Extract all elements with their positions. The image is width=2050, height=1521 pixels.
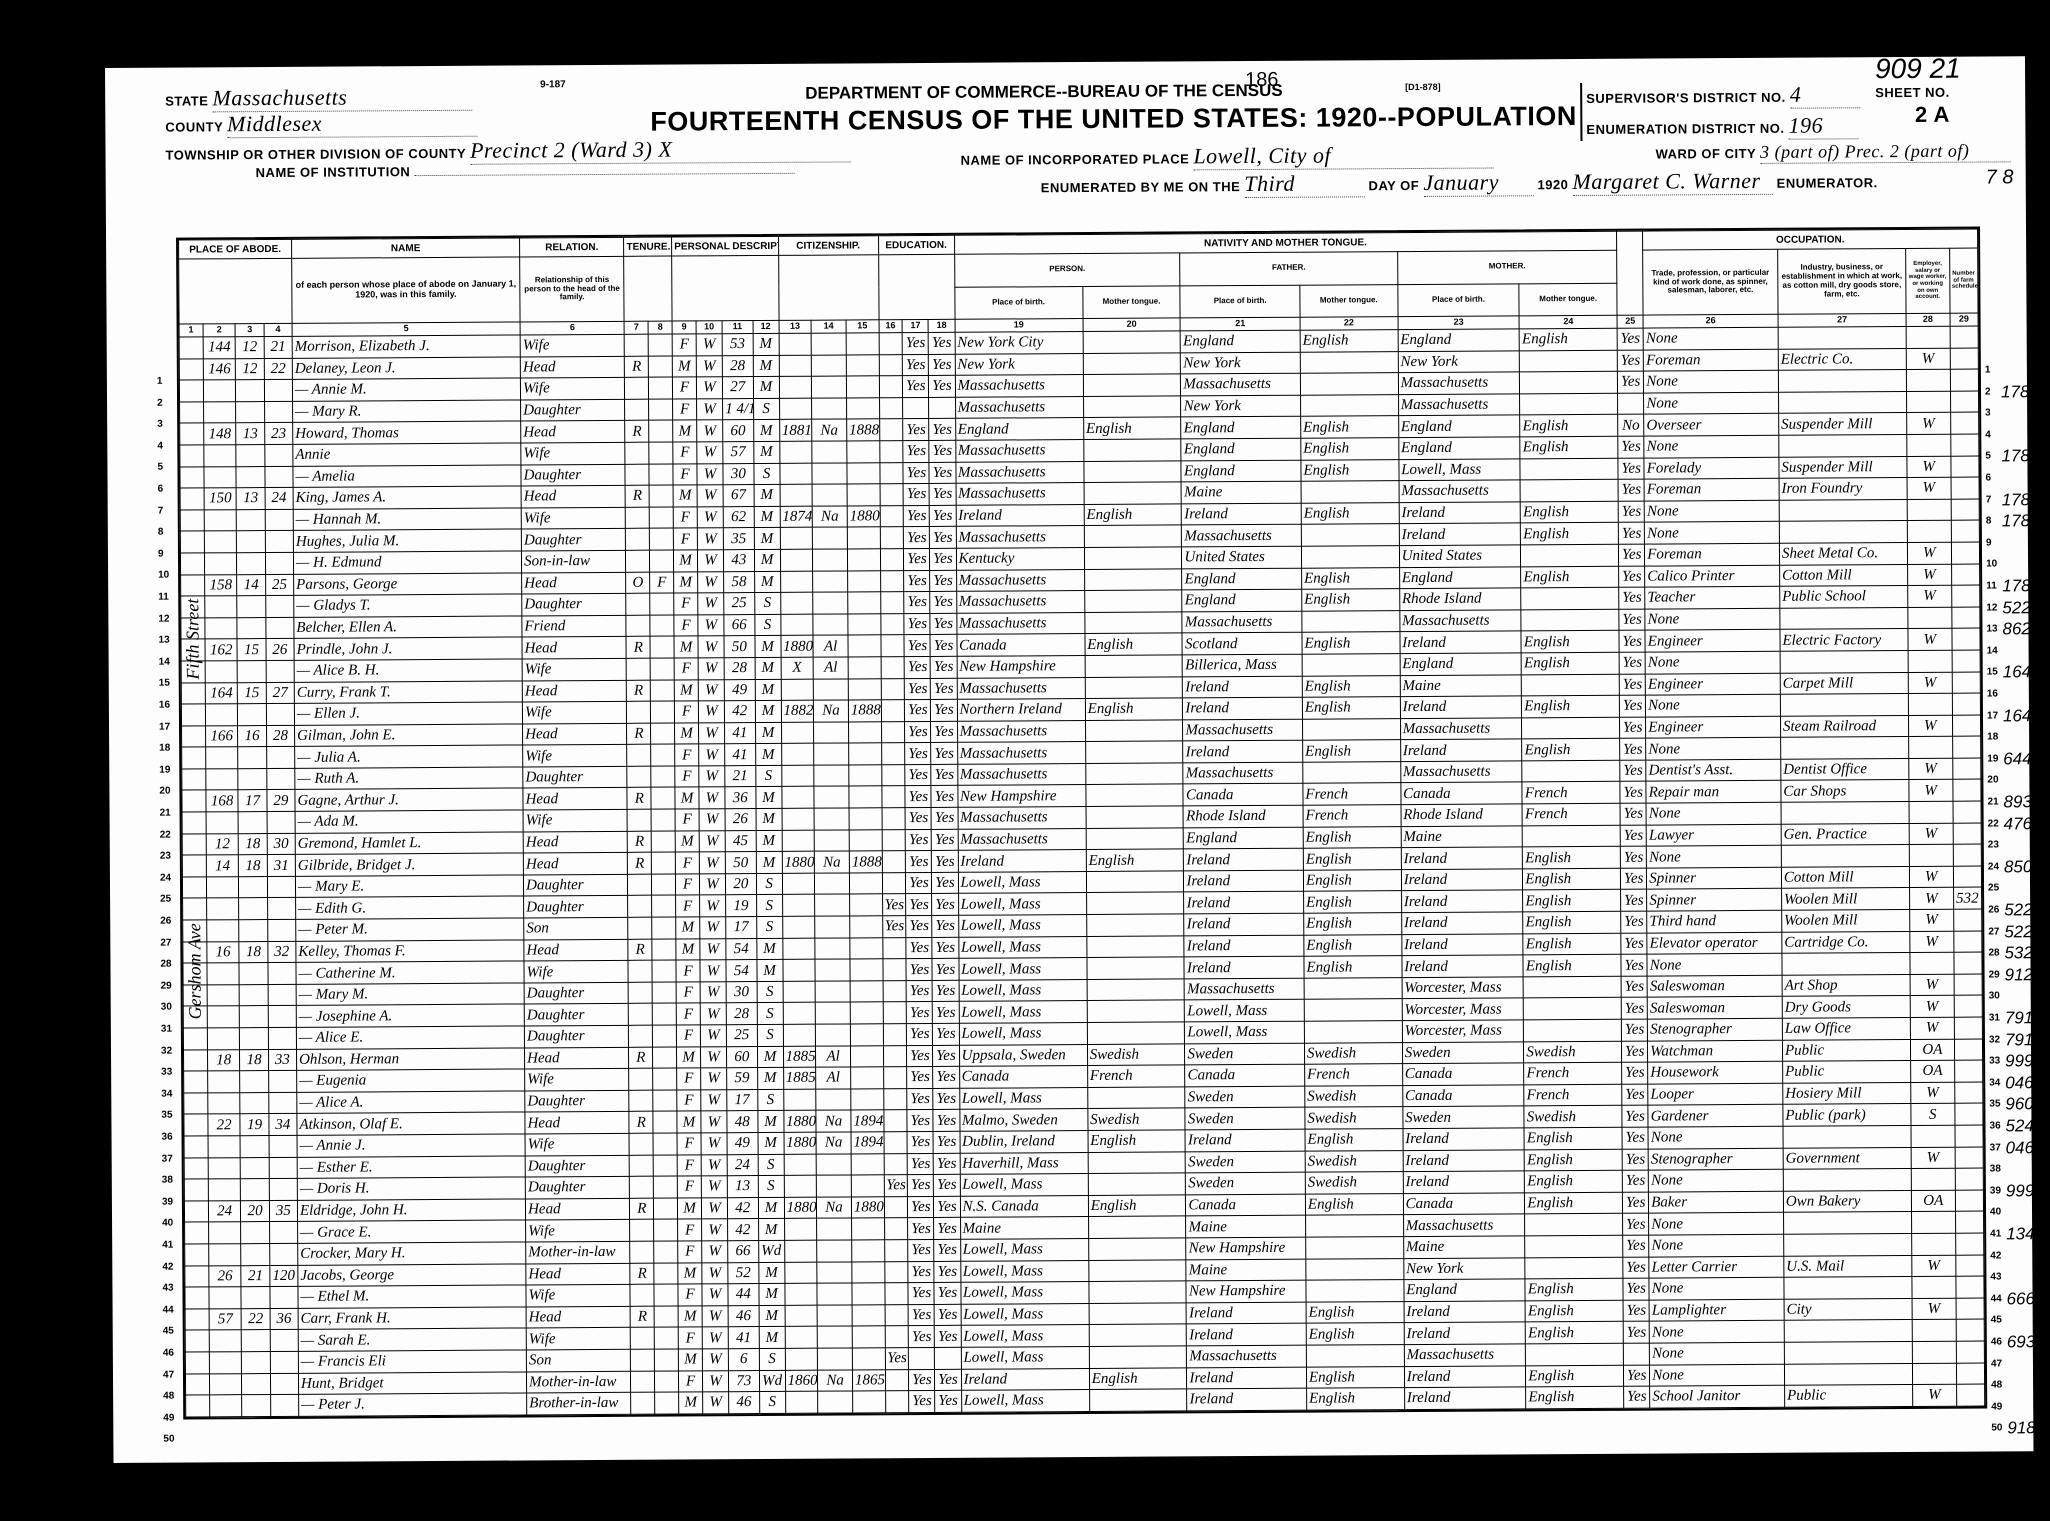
cell-sex: F bbox=[675, 809, 699, 831]
cell-dwelling: 20 bbox=[241, 1200, 269, 1222]
cell-mort bbox=[653, 1025, 677, 1047]
cell-mpob: Ireland bbox=[1402, 933, 1524, 955]
cell-sex: F bbox=[673, 442, 697, 464]
cell-mort bbox=[652, 895, 676, 917]
cell-write: Yes bbox=[929, 354, 955, 376]
cell-dwelling bbox=[238, 768, 266, 790]
cell-mort bbox=[655, 1392, 679, 1414]
cell-race: W bbox=[696, 355, 722, 377]
cell-name: — Alice B. H. bbox=[294, 659, 522, 682]
cell-relation: Head bbox=[525, 1112, 629, 1134]
cell-fpob: Massachusetts bbox=[1182, 611, 1302, 633]
cell-ftongue: English bbox=[1301, 502, 1399, 524]
cell-industry: Public School bbox=[1780, 586, 1908, 608]
column-number: 11 bbox=[722, 321, 752, 334]
cell-natyr bbox=[849, 808, 882, 830]
cell-nat bbox=[813, 678, 848, 700]
cell-tenure bbox=[628, 896, 652, 918]
cell-age: 44 bbox=[728, 1284, 759, 1306]
cell-tenure bbox=[628, 874, 652, 896]
cell-dwelling: 18 bbox=[239, 833, 267, 855]
left-line-number: 17 bbox=[159, 721, 170, 732]
cell-write: Yes bbox=[933, 1023, 959, 1045]
cell-immig bbox=[781, 679, 814, 701]
cell-marital: S bbox=[754, 593, 780, 615]
cell-farm bbox=[1951, 499, 1980, 521]
cell-family bbox=[269, 1222, 297, 1244]
cell-house bbox=[208, 1136, 241, 1158]
cell-house bbox=[204, 445, 237, 467]
cell-fpob: Ireland bbox=[1182, 503, 1302, 525]
cell-write: Yes bbox=[933, 980, 959, 1002]
cell-sex: F bbox=[673, 507, 697, 529]
cell-fpob: Canada bbox=[1185, 1064, 1305, 1086]
cell-dwelling: 13 bbox=[236, 423, 264, 445]
cell-sex: M bbox=[678, 1198, 702, 1220]
cell-relation: Wife bbox=[523, 745, 627, 767]
cell-tenure bbox=[629, 1068, 653, 1090]
enumerated-day: Third bbox=[1244, 170, 1364, 198]
cell-trade: Watchman bbox=[1648, 1040, 1783, 1062]
cell-mtongue: English bbox=[1520, 436, 1618, 458]
cell-pob: Massachusetts bbox=[956, 483, 1084, 505]
cell-school bbox=[880, 613, 904, 635]
cell-pob: Lowell, Mass bbox=[961, 1390, 1089, 1412]
cell-mtongue bbox=[1526, 1343, 1624, 1365]
left-line-number: 34 bbox=[161, 1088, 172, 1099]
cell-mtongue: English bbox=[1526, 1386, 1624, 1408]
cell-mtongue bbox=[1525, 1214, 1623, 1236]
cell-family bbox=[270, 1373, 298, 1395]
cell-immig bbox=[780, 614, 813, 636]
cell-relation: Wife bbox=[521, 442, 625, 464]
cell-trade: Saleswoman bbox=[1647, 997, 1782, 1019]
cell-name: — Francis Eli bbox=[298, 1350, 526, 1373]
cell-relation: Daughter bbox=[525, 1155, 629, 1177]
cell-tongue bbox=[1084, 568, 1182, 590]
cell-mtongue: English bbox=[1524, 1149, 1622, 1171]
cell-relation: Daughter bbox=[521, 464, 625, 486]
cell-industry bbox=[1778, 370, 1906, 392]
column-number: 28 bbox=[1906, 313, 1950, 326]
line-number: 38 bbox=[1990, 1164, 2001, 1175]
cell-industry: Cartridge Co. bbox=[1782, 931, 1910, 953]
cell-street bbox=[183, 1049, 207, 1071]
cell-immig bbox=[780, 484, 813, 506]
cell-mpob: United States bbox=[1399, 545, 1521, 567]
cell-read: Yes bbox=[907, 1045, 933, 1067]
column-number: 25 bbox=[1617, 315, 1643, 328]
cell-street bbox=[185, 1330, 209, 1352]
cell-class: W bbox=[1910, 931, 1954, 953]
cell-ftongue: English bbox=[1304, 934, 1402, 956]
cell-marital: S bbox=[757, 1003, 783, 1025]
column-number: 9 bbox=[672, 321, 696, 334]
cell-pob: Massachusetts bbox=[957, 763, 1085, 785]
cell-mpob: Ireland bbox=[1401, 847, 1523, 869]
cell-english: Yes bbox=[1620, 846, 1646, 868]
cell-industry: Public (park) bbox=[1783, 1104, 1911, 1126]
cell-industry bbox=[1779, 521, 1907, 543]
cell-trade: None bbox=[1650, 1364, 1785, 1386]
cell-street bbox=[182, 877, 206, 899]
cell-tongue bbox=[1084, 525, 1182, 547]
line-number: 17 bbox=[1987, 710, 1998, 721]
cell-house: 18 bbox=[207, 1049, 240, 1071]
cell-english: Yes bbox=[1624, 1365, 1650, 1387]
left-line-number: 43 bbox=[162, 1283, 173, 1294]
cell-mpob: Sweden bbox=[1403, 1106, 1525, 1128]
cell-class bbox=[1907, 434, 1951, 456]
cell-tongue bbox=[1088, 1238, 1186, 1260]
cell-class: W bbox=[1911, 1147, 1955, 1169]
cell-street bbox=[180, 423, 204, 445]
cell-class bbox=[1907, 391, 1951, 413]
cell-tongue bbox=[1089, 1346, 1187, 1368]
cell-name: — Sarah E. bbox=[298, 1328, 526, 1351]
cell-mort bbox=[650, 550, 674, 572]
cell-write: Yes bbox=[935, 1304, 961, 1326]
cell-race: W bbox=[698, 571, 724, 593]
cell-farm bbox=[1954, 974, 1983, 996]
county-label: COUNTY bbox=[165, 119, 223, 134]
cell-mtongue bbox=[1522, 825, 1620, 847]
cell-farm bbox=[1950, 456, 1979, 478]
column-number: 2 bbox=[203, 324, 236, 337]
cell-name: — Alice A. bbox=[297, 1091, 525, 1114]
cell-natyr bbox=[852, 1348, 885, 1370]
cell-read: Yes bbox=[908, 1196, 934, 1218]
cell-school bbox=[884, 1196, 908, 1218]
cell-marital: S bbox=[756, 895, 782, 917]
cell-fpob: England bbox=[1181, 330, 1301, 352]
left-line-number: 2 bbox=[157, 397, 163, 408]
cell-tenure: R bbox=[627, 723, 651, 745]
cell-pob: Dublin, Ireland bbox=[960, 1130, 1088, 1152]
cell-immig bbox=[783, 1089, 816, 1111]
cell-english: Yes bbox=[1622, 1041, 1648, 1063]
cell-dwelling bbox=[241, 1287, 269, 1309]
cell-school bbox=[881, 786, 905, 808]
cell-farm bbox=[1954, 1060, 1983, 1082]
cell-trade: Spinner bbox=[1647, 889, 1782, 911]
column-number: 27 bbox=[1778, 314, 1906, 328]
cell-family bbox=[267, 811, 295, 833]
cell-race: W bbox=[700, 895, 726, 917]
cell-mtongue: English bbox=[1523, 911, 1621, 933]
column-number: 24 bbox=[1519, 315, 1617, 329]
left-line-number: 19 bbox=[159, 764, 170, 775]
cell-write: Yes bbox=[935, 1326, 961, 1348]
cell-school bbox=[883, 1002, 907, 1024]
cell-mpob: England bbox=[1399, 566, 1521, 588]
department-heading: DEPARTMENT OF COMMERCE--BUREAU OF THE CE… bbox=[805, 81, 1283, 104]
cell-family: 35 bbox=[269, 1200, 297, 1222]
cell-house bbox=[204, 553, 237, 575]
cell-mpob: Ireland bbox=[1403, 1149, 1525, 1171]
cell-race: W bbox=[699, 874, 725, 896]
cell-nat: Na bbox=[816, 1132, 851, 1154]
cell-race: W bbox=[700, 917, 726, 939]
cell-age: 19 bbox=[726, 895, 757, 917]
cell-trade: None bbox=[1646, 738, 1781, 760]
cell-write: Yes bbox=[932, 829, 958, 851]
cell-fpob: England bbox=[1184, 827, 1304, 849]
cell-race: W bbox=[698, 658, 724, 680]
cell-age: 30 bbox=[726, 981, 757, 1003]
cell-mpob: Ireland bbox=[1399, 523, 1521, 545]
cell-natyr bbox=[848, 635, 881, 657]
cell-dwelling bbox=[237, 509, 265, 531]
cell-farm bbox=[1955, 1147, 1984, 1169]
cell-fpob: Ireland bbox=[1185, 1129, 1305, 1151]
cell-english: Yes bbox=[1623, 1192, 1649, 1214]
cell-write: Yes bbox=[931, 699, 957, 721]
cell-tongue: French bbox=[1087, 1065, 1185, 1087]
line-number: 28 bbox=[1988, 948, 1999, 959]
cell-mort bbox=[650, 528, 674, 550]
cell-name: — Alice E. bbox=[296, 1026, 524, 1049]
column-number: 29 bbox=[1950, 313, 1979, 326]
cell-sex: M bbox=[674, 571, 698, 593]
cell-nat bbox=[817, 1283, 852, 1305]
cell-house: 16 bbox=[207, 941, 240, 963]
cell-industry bbox=[1778, 391, 1906, 413]
cell-fpob: Massachusetts bbox=[1183, 762, 1303, 784]
cell-english: Yes bbox=[1621, 998, 1647, 1020]
cell-name: — Josephine A. bbox=[296, 1004, 524, 1027]
cell-write: Yes bbox=[934, 1196, 960, 1218]
cell-family bbox=[266, 660, 294, 682]
cell-dwelling bbox=[236, 380, 264, 402]
cell-family bbox=[270, 1330, 298, 1352]
left-line-number: 14 bbox=[159, 656, 170, 667]
cell-read: Yes bbox=[905, 764, 931, 786]
cell-trade: None bbox=[1646, 694, 1781, 716]
cell-mpob: Massachusetts bbox=[1403, 1214, 1525, 1236]
cell-industry: Car Shops bbox=[1781, 780, 1909, 802]
cell-marital: M bbox=[753, 355, 779, 377]
cell-school: Yes bbox=[882, 916, 906, 938]
column-number: 7 bbox=[624, 321, 648, 334]
cell-nat bbox=[818, 1391, 853, 1413]
cell-nat bbox=[817, 1326, 852, 1348]
cell-trade: Dentist's Asst. bbox=[1646, 759, 1781, 781]
cell-mpob: Ireland bbox=[1402, 955, 1524, 977]
state-label: STATE bbox=[165, 93, 208, 108]
cell-dwelling: 12 bbox=[236, 337, 264, 359]
enumerated-month: January bbox=[1423, 169, 1533, 197]
enumeration-district-value: 196 bbox=[1789, 112, 1859, 139]
cell-name: — Catherine M. bbox=[296, 961, 524, 984]
cell-farm bbox=[1955, 1190, 1984, 1212]
cell-industry bbox=[1779, 499, 1907, 521]
line-number: 31 bbox=[1989, 1012, 2000, 1023]
cell-race: W bbox=[700, 982, 726, 1004]
cell-ftongue: English bbox=[1303, 740, 1401, 762]
cell-age: 28 bbox=[722, 355, 753, 377]
cell-relation: Head bbox=[522, 572, 626, 594]
cell-mtongue: English bbox=[1524, 1127, 1622, 1149]
cell-farm bbox=[1953, 801, 1982, 823]
cell-trade: None bbox=[1649, 1321, 1784, 1343]
cell-tenure: R bbox=[630, 1263, 654, 1285]
cell-fpob: Canada bbox=[1186, 1194, 1306, 1216]
cell-ftongue bbox=[1304, 999, 1402, 1021]
cell-pob: Lowell, Mass bbox=[958, 958, 1086, 980]
cell-family: 21 bbox=[264, 336, 292, 358]
cell-relation: Wife bbox=[520, 334, 624, 356]
cell-marital: M bbox=[758, 1262, 784, 1284]
cell-family: 26 bbox=[266, 639, 294, 661]
cell-street bbox=[184, 1201, 208, 1223]
cell-industry bbox=[1784, 1341, 1912, 1363]
cell-relation: Head bbox=[525, 1047, 629, 1069]
cell-industry bbox=[1778, 327, 1906, 349]
cell-fpob: Ireland bbox=[1184, 913, 1304, 935]
cell-farm bbox=[1956, 1298, 1985, 1320]
cell-house bbox=[206, 747, 239, 769]
cell-class bbox=[1912, 1320, 1956, 1342]
cell-fpob: Ireland bbox=[1183, 697, 1303, 719]
cell-tongue bbox=[1084, 482, 1182, 504]
cell-english: Yes bbox=[1622, 1062, 1648, 1084]
cell-pob: Canada bbox=[957, 634, 1085, 656]
cell-mpob: Ireland bbox=[1401, 912, 1523, 934]
column-number: 6 bbox=[520, 321, 624, 335]
cell-class bbox=[1908, 693, 1952, 715]
cell-age: 49 bbox=[727, 1133, 758, 1155]
line-number: 33 bbox=[1989, 1056, 2000, 1067]
census-rows: 1441221Morrison, Elizabeth J.WifeFW53MYe… bbox=[179, 326, 1985, 1417]
cell-nat: Na bbox=[812, 506, 847, 528]
cell-sex: F bbox=[679, 1370, 703, 1392]
cell-age: 48 bbox=[727, 1111, 758, 1133]
cell-farm bbox=[1950, 369, 1979, 391]
cell-trade: School Janitor bbox=[1650, 1385, 1785, 1407]
cell-sex: F bbox=[673, 377, 697, 399]
cell-age: 17 bbox=[726, 917, 757, 939]
line-number: 16 bbox=[1987, 688, 1998, 699]
cell-natyr bbox=[848, 613, 881, 635]
cell-mpob: Massachusetts bbox=[1400, 761, 1522, 783]
cell-house: 158 bbox=[204, 574, 237, 596]
cell-house: 168 bbox=[206, 790, 239, 812]
cell-relation: Head bbox=[523, 788, 627, 810]
cell-family: 27 bbox=[266, 682, 294, 704]
cell-school bbox=[881, 765, 905, 787]
cell-immig bbox=[785, 1326, 818, 1348]
cell-street bbox=[184, 1179, 208, 1201]
cell-dwelling bbox=[236, 466, 264, 488]
cell-school bbox=[879, 376, 903, 398]
cell-fpob: Sweden bbox=[1186, 1172, 1306, 1194]
cell-fpob: Maine bbox=[1186, 1259, 1306, 1281]
cell-tongue bbox=[1088, 1216, 1186, 1238]
cell-farm bbox=[1952, 672, 1981, 694]
county-field: COUNTY Middlesex bbox=[165, 110, 477, 139]
cell-name: Eldridge, John H. bbox=[297, 1199, 525, 1222]
left-line-number: 30 bbox=[161, 1002, 172, 1013]
cell-read: Yes bbox=[908, 1283, 934, 1305]
cell-fpob: Ireland bbox=[1184, 935, 1304, 957]
cell-nat bbox=[812, 463, 847, 485]
header-mother-pob: Place of birth. bbox=[1398, 283, 1520, 316]
cell-ftongue: English bbox=[1305, 1129, 1403, 1151]
cell-mtongue: English bbox=[1520, 415, 1618, 437]
cell-tongue bbox=[1084, 547, 1182, 569]
cell-farm bbox=[1952, 758, 1981, 780]
cell-sex: F bbox=[674, 593, 698, 615]
cell-tongue bbox=[1084, 460, 1182, 482]
cell-tongue bbox=[1086, 914, 1184, 936]
cell-family bbox=[265, 552, 293, 574]
cell-sex: F bbox=[676, 960, 700, 982]
cell-tongue: English bbox=[1085, 698, 1183, 720]
cell-relation: Daughter bbox=[521, 529, 625, 551]
cell-school bbox=[883, 1088, 907, 1110]
cell-write: Yes bbox=[929, 332, 955, 354]
cell-nat bbox=[816, 1175, 851, 1197]
cell-sex: F bbox=[677, 1133, 701, 1155]
cell-class: W bbox=[1906, 348, 1950, 370]
cell-mort bbox=[654, 1176, 678, 1198]
cell-sex: M bbox=[675, 787, 699, 809]
cell-tenure bbox=[625, 377, 649, 399]
cell-write: Yes bbox=[930, 635, 956, 657]
cell-mort bbox=[649, 442, 673, 464]
cell-race: W bbox=[698, 593, 724, 615]
cell-farm bbox=[1953, 931, 1982, 953]
cell-house bbox=[209, 1352, 242, 1374]
cell-school bbox=[884, 1153, 908, 1175]
cell-dwelling bbox=[241, 1243, 269, 1265]
cell-school bbox=[881, 721, 905, 743]
cell-write: Yes bbox=[931, 656, 957, 678]
cell-tenure bbox=[628, 960, 652, 982]
cell-mpob: England bbox=[1398, 437, 1520, 459]
cell-street bbox=[182, 834, 206, 856]
cell-tenure bbox=[627, 809, 651, 831]
cell-ftongue: English bbox=[1302, 589, 1400, 611]
cell-family bbox=[268, 984, 296, 1006]
cell-mtongue: English bbox=[1525, 1192, 1623, 1214]
line-number: 32 bbox=[1989, 1034, 2000, 1045]
cell-marital: S bbox=[757, 1089, 783, 1111]
cell-mort bbox=[649, 420, 673, 442]
cell-age: 46 bbox=[728, 1305, 759, 1327]
cell-mort bbox=[654, 1263, 678, 1285]
cell-immig bbox=[785, 1391, 818, 1413]
cell-name: — Annie J. bbox=[297, 1134, 525, 1157]
cell-industry: Sheet Metal Co. bbox=[1779, 542, 1907, 564]
cell-farm bbox=[1951, 477, 1980, 499]
cell-race: W bbox=[702, 1241, 728, 1263]
header-father-tongue: Mother tongue. bbox=[1300, 284, 1398, 317]
cell-mort bbox=[650, 615, 674, 637]
cell-industry: City bbox=[1784, 1298, 1912, 1320]
cell-sex: F bbox=[674, 615, 698, 637]
cell-pob: N.S. Canada bbox=[960, 1195, 1088, 1217]
left-line-number: 11 bbox=[158, 592, 169, 603]
cell-age: 45 bbox=[725, 830, 756, 852]
column-number: 1 bbox=[179, 324, 203, 337]
cell-family bbox=[269, 1243, 297, 1265]
cell-street bbox=[185, 1222, 209, 1244]
cell-industry: Government bbox=[1783, 1147, 1911, 1169]
line-number: 19 bbox=[1987, 753, 1998, 764]
occupation-code: 532 bbox=[2004, 943, 2032, 963]
